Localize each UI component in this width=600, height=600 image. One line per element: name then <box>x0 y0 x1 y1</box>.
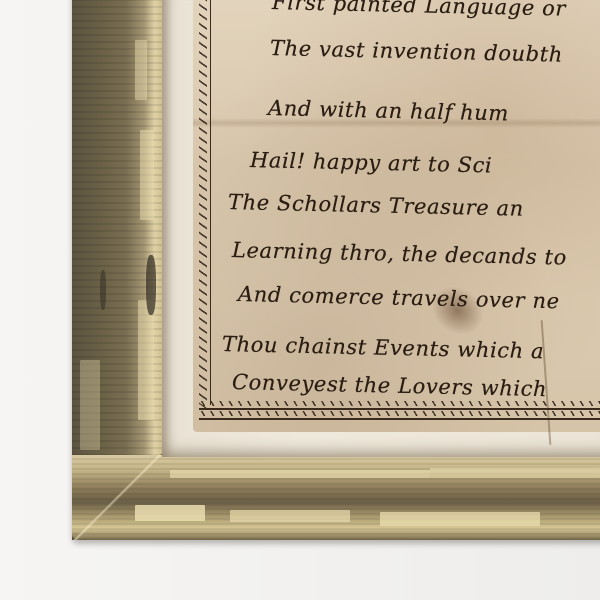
photo-scene: First painted Language or The vast inven… <box>0 0 600 600</box>
gilt-wear <box>170 470 430 478</box>
border-rule <box>199 408 600 410</box>
gilt-wear <box>138 300 154 420</box>
gilt-wear <box>230 510 350 522</box>
gilt-wear <box>135 40 147 100</box>
hatch-row-bottom <box>199 411 600 416</box>
gilt-wear <box>140 130 154 220</box>
gilt-wear <box>80 360 100 450</box>
hatch-row-top <box>199 401 600 406</box>
gilt-wear <box>135 505 205 521</box>
gilt-wear <box>380 512 540 526</box>
border-rule <box>199 418 600 420</box>
frame-blemish <box>100 270 106 310</box>
decorative-bottom-border <box>199 399 600 421</box>
decorative-hatch-column <box>199 0 207 410</box>
gilt-wear <box>430 468 600 478</box>
frame-blemish <box>146 255 156 315</box>
